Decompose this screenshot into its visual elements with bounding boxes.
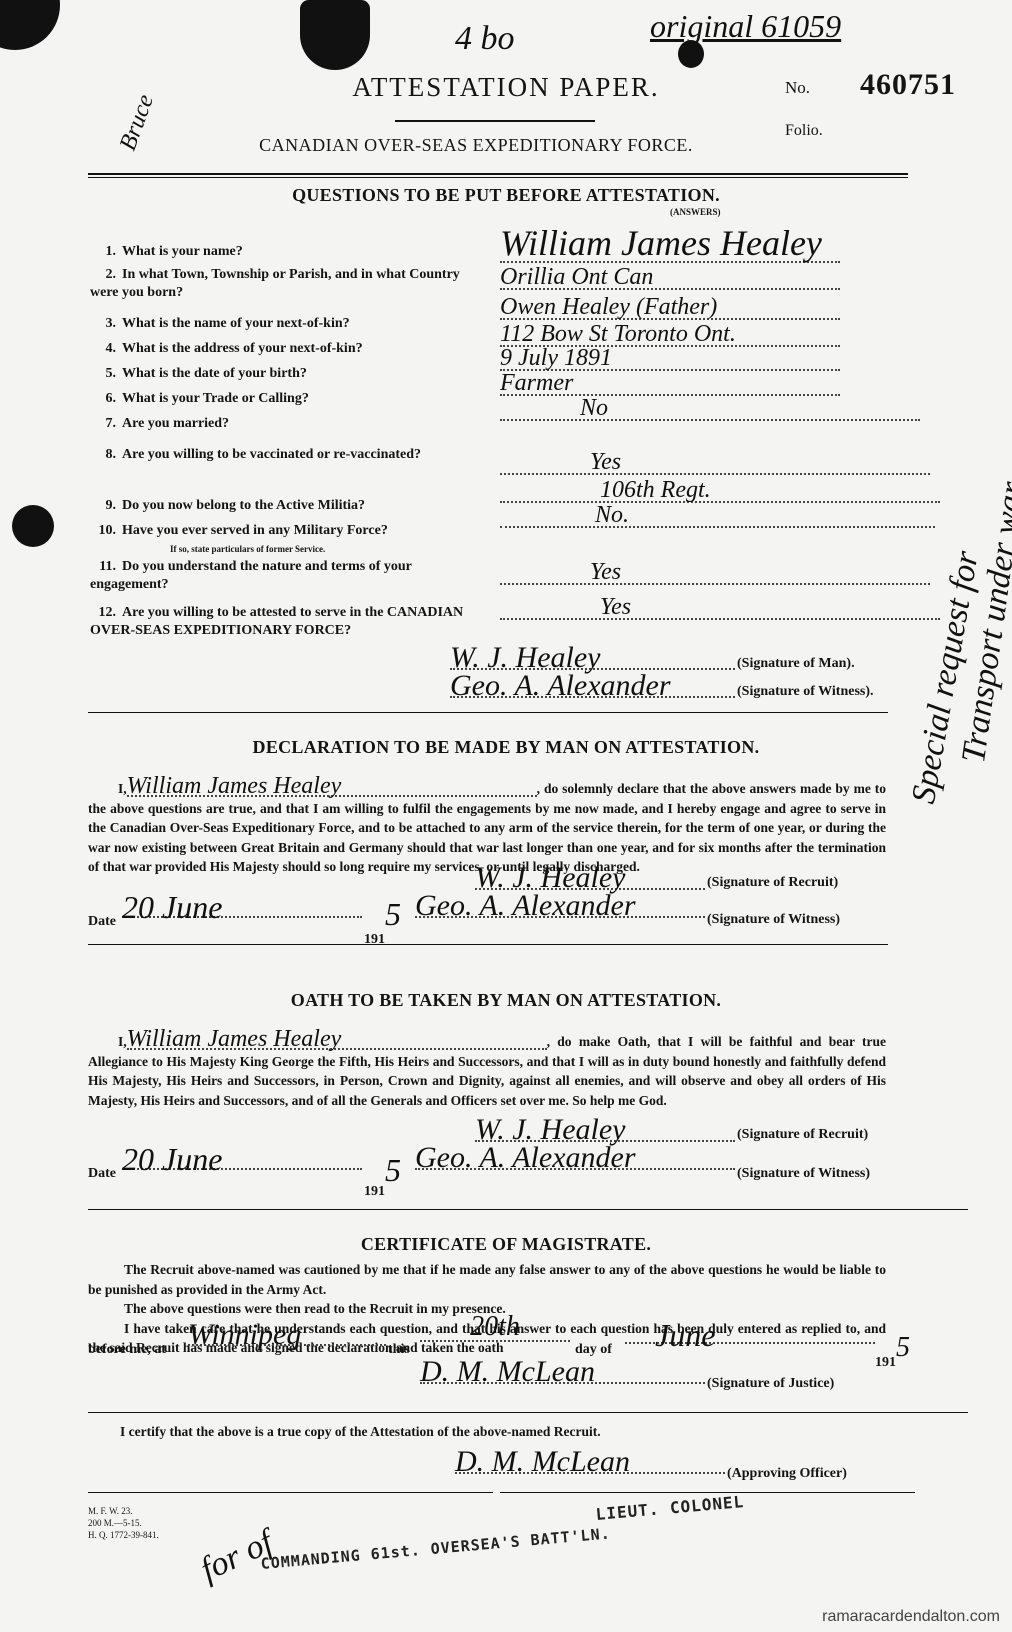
oath-name: William James Healey (127, 1030, 547, 1050)
section-rule (88, 1209, 968, 1210)
justice-signature: D. M. McLean (420, 1362, 705, 1384)
header-rule (88, 173, 908, 175)
footer-rule-left (88, 1492, 493, 1493)
punch-hole (12, 505, 54, 547)
justice-signature-label: (Signature of Justice) (707, 1376, 834, 1392)
section-rule (88, 944, 888, 945)
document-subtitle: CANADIAN OVER-SEAS EXPEDITIONARY FORCE. (0, 135, 982, 156)
answer-9: 106th Regt. (500, 479, 940, 503)
question-9: 9.Do you now belong to the Active Militi… (90, 497, 490, 515)
oath-recruit-signature: W. J. Healey (475, 1120, 735, 1142)
question-1: 1.What is your name? (90, 243, 490, 261)
declaration-witness-signature: Geo. A. Alexander (415, 896, 705, 918)
question-8: 8.Are you willing to be vaccinated or re… (90, 442, 490, 468)
man-signature: W. J. Healey (450, 648, 735, 670)
stamp-command: COMMANDING 61st. OVERSEA'S BATT'LN. (260, 1524, 611, 1573)
handwritten-top-note: 4 bo (455, 20, 515, 58)
witness-signature-label: (Signature of Witness). (737, 684, 874, 700)
header-rule-thin (88, 177, 908, 178)
before-me-label: before me, at (88, 1342, 166, 1358)
oath-text: I,William James Healey, do make Oath, th… (88, 1030, 886, 1110)
magistrate-place: Winnipeg (188, 1324, 386, 1346)
answers-label: (ANSWERS) (670, 207, 721, 217)
question-7: 7.Are you married? (90, 415, 490, 433)
oath-recruit-signature-label: (Signature of Recruit) (737, 1127, 868, 1143)
section-rule (88, 1412, 968, 1413)
oath-date-label: Date (88, 1166, 116, 1182)
magistrate-year: 1915 (875, 1342, 910, 1374)
questions-heading: QUESTIONS TO BE PUT BEFORE ATTESTATION. (0, 185, 1012, 206)
question-11: 11.Do you understand the nature and term… (90, 558, 490, 594)
question-4: 4.What is the address of your next-of-ki… (90, 340, 490, 358)
question-6: 6.What is your Trade or Calling? (90, 390, 490, 408)
footer-rule-right (500, 1492, 915, 1493)
declaration-year: 1915 (364, 914, 401, 951)
oath-witness-signature-label: (Signature of Witness) (737, 1166, 870, 1182)
answer-5: 9 July 1891 (500, 347, 840, 371)
answer-3: Owen Healey (Father) (500, 296, 840, 320)
certification-text: I certify that the above is a true copy … (120, 1424, 601, 1440)
stamp-rank: LIEUT. COLONEL (595, 1492, 745, 1524)
question-2: 2.In what Town, Township or Parish, and … (90, 266, 490, 302)
magistrate-day: 20th (420, 1320, 570, 1342)
question-10: 10.Have you ever served in any Military … (90, 522, 490, 558)
oath-heading: OATH TO BE TAKEN BY MAN ON ATTESTATION. (0, 990, 1012, 1011)
answer-1: William James Healey (500, 225, 840, 263)
question-12: 12.Are you willing to be attested to ser… (90, 604, 490, 640)
answer-6: Farmer (500, 372, 840, 396)
attestation-number: 460751 (860, 68, 956, 102)
answer-12: Yes (500, 596, 940, 620)
declaration-date-value: 20 June (122, 896, 362, 918)
magistrate-heading: CERTIFICATE OF MAGISTRATE. (0, 1234, 1012, 1255)
oath-year: 1915 (364, 1166, 401, 1203)
oath-date-value: 20 June (122, 1148, 362, 1170)
declaration-name: William James Healey (127, 777, 537, 797)
answer-11: Yes (500, 561, 930, 585)
question-5: 5.What is the date of your birth? (90, 365, 490, 383)
ink-blot (300, 0, 370, 70)
this-label: this (388, 1342, 410, 1358)
approving-officer-signature: D. M. McLean (455, 1452, 725, 1474)
witness-signature: Geo. A. Alexander (450, 676, 735, 698)
man-signature-label: (Signature of Man). (737, 656, 855, 672)
ink-blot (0, 0, 60, 50)
answer-8: Yes (500, 451, 930, 475)
answer-4: 112 Bow St Toronto Ont. (500, 323, 840, 347)
magistrate-month: June (625, 1324, 875, 1344)
answer-7: No (500, 397, 920, 421)
declaration-date-label: Date (88, 914, 116, 930)
declaration-recruit-signature-label: (Signature of Recruit) (707, 875, 838, 891)
declaration-heading: DECLARATION TO BE MADE BY MAN ON ATTESTA… (0, 737, 1012, 758)
number-label: No. (785, 78, 810, 98)
form-codes: M. F. W. 23. 200 M.—5-15. H. Q. 1772-39-… (88, 1505, 159, 1541)
declaration-recruit-signature: W. J. Healey (475, 868, 705, 890)
approving-officer-label: (Approving Officer) (727, 1466, 847, 1482)
oath-witness-signature: Geo. A. Alexander (415, 1148, 735, 1170)
title-underline (395, 120, 595, 122)
answer-10: No. (500, 504, 935, 528)
declaration-witness-signature-label: (Signature of Witness) (707, 912, 840, 928)
watermark: ramaracardendalton.com (822, 1608, 1000, 1626)
question-3: 3.What is the name of your next-of-kin? (90, 315, 490, 333)
answer-2: Orillia Ont Can (500, 266, 840, 290)
section-rule (88, 712, 888, 713)
original-number-note: original 61059 (650, 8, 841, 45)
